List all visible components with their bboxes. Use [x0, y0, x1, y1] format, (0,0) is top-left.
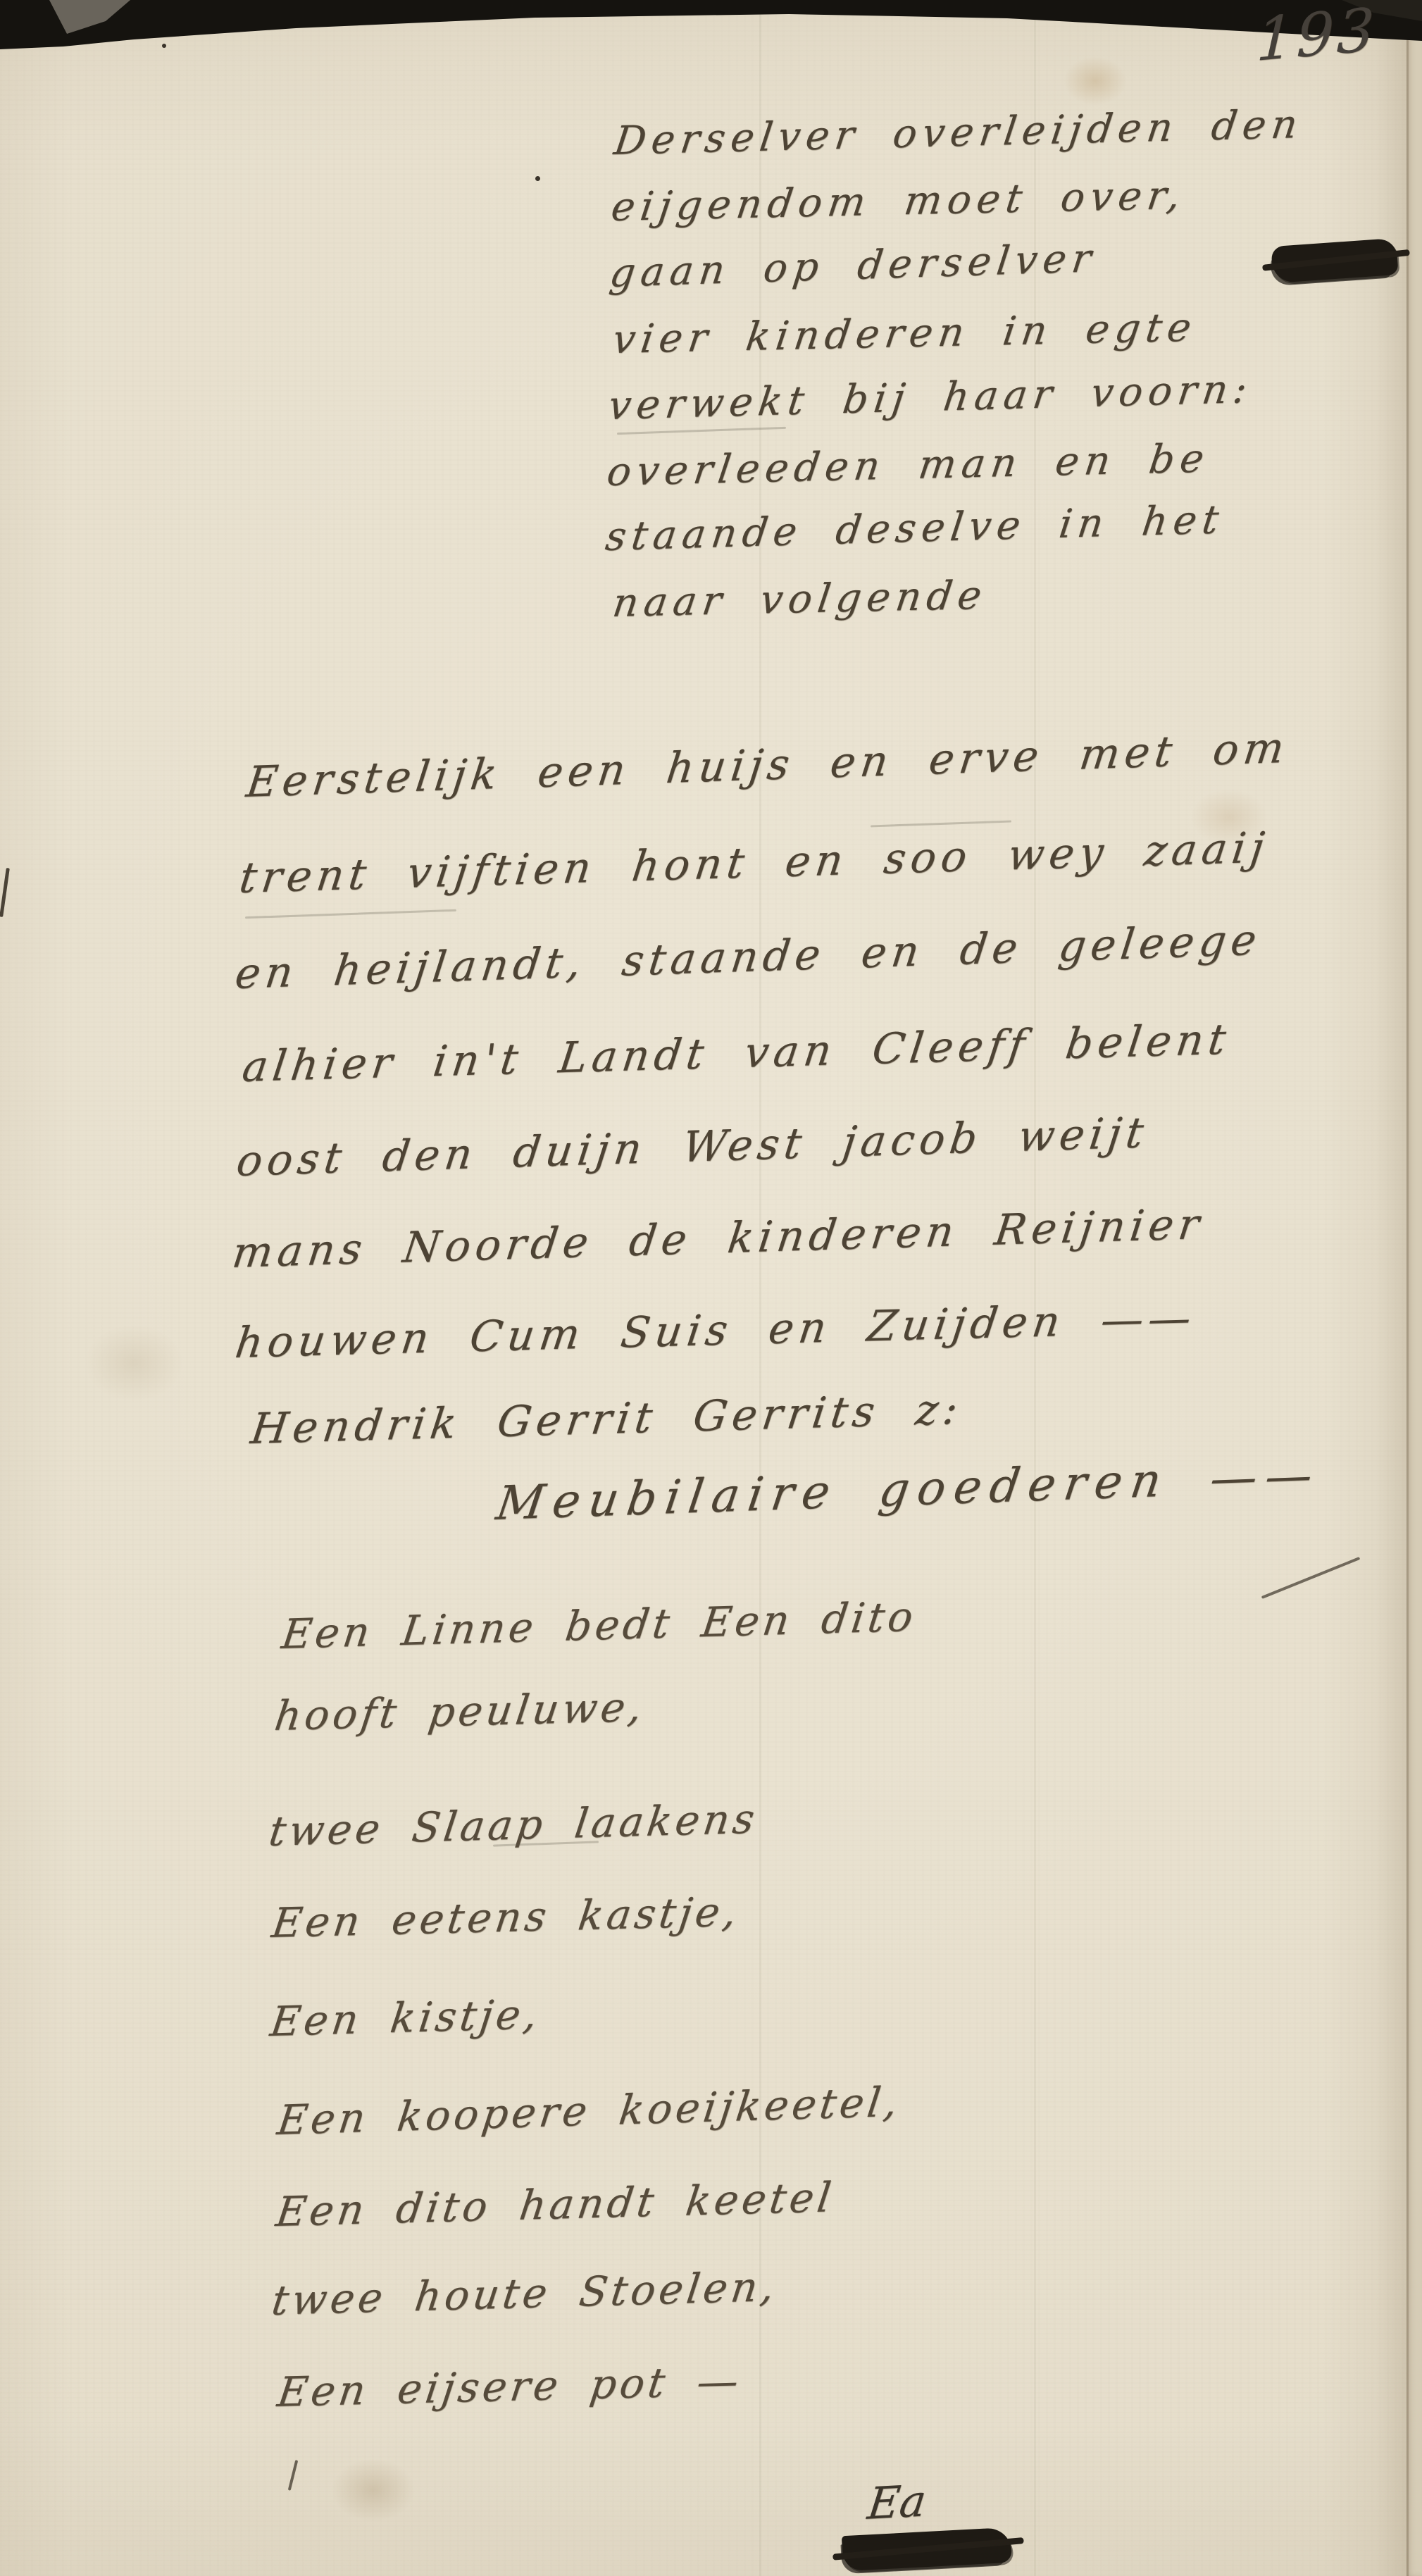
handwritten-line: Eerstelijk een huijs en erve met om [244, 723, 1292, 807]
handwritten-line: twee houte Stoelen, [269, 2263, 780, 2325]
pencil-guide-mark [871, 821, 1011, 828]
handwritten-line: oost den duijn West jacob weijt [234, 1108, 1151, 1186]
pen-mark [0, 868, 10, 917]
handwritten-line: vier kinderen in egte [610, 304, 1199, 363]
paper-stain [1064, 56, 1127, 106]
catchword: Ea [865, 2475, 929, 2530]
handwritten-line: twee Slaap laakens [266, 1795, 761, 1855]
handwritten-line: overleeden man en be [604, 435, 1212, 495]
handwritten-line: en heijlandt, staande en de geleege [232, 915, 1264, 999]
paper-stain [331, 2458, 416, 2522]
pen-mark [1261, 1557, 1361, 1599]
handwritten-line: naar volgende [610, 573, 990, 626]
paper-stain [1190, 789, 1268, 845]
handwritten-line: Een eetens kastje, [269, 1888, 743, 1947]
handwritten-line: staande deselve in het [603, 497, 1227, 560]
paper-stain [85, 1324, 183, 1402]
ink-speck [535, 176, 540, 181]
handwritten-line: Hendrik Gerrit Gerrits z: [248, 1385, 966, 1454]
handwritten-line: eijgendom moet over, [609, 173, 1189, 230]
handwritten-line: gaan op derselver [607, 235, 1099, 297]
scan-top-border [0, 0, 1422, 63]
handwritten-line: Een kistje, [268, 1990, 544, 2046]
handwritten-line: trent vijftien hont en soo wey zaaij [237, 823, 1272, 903]
handwritten-line: Een Linne bedt Een dito [279, 1593, 919, 1658]
page-number: 193 [1255, 0, 1378, 75]
handwritten-line: verwekt bij haar voorn: [606, 366, 1255, 429]
pen-mark [288, 2460, 299, 2491]
pencil-guide-mark [245, 909, 456, 919]
section-heading: Meubilaire goederen —— [493, 1448, 1324, 1531]
catchword-ink-blot [842, 2527, 1012, 2571]
page-edge-shadow [1376, 0, 1407, 2576]
page-edge [1407, 0, 1422, 2576]
handwritten-line: hooft peuluwe, [272, 1683, 648, 1740]
handwritten-line: mans Noorde de kinderen Reijnier [230, 1200, 1206, 1278]
handwritten-line: alhier in't Landt van Cleeff belent [239, 1015, 1233, 1092]
handwritten-line: houwen Cum Suis en Zuijden —— [232, 1293, 1199, 1368]
handwritten-line: Een koopere koeijkeetel, [275, 2077, 904, 2144]
handwritten-line: Een dito handt keetel [273, 2173, 837, 2236]
handwritten-line: Derselver overleijden den [611, 101, 1306, 164]
manuscript-page: 193 Derselver overleijden den eijgendom … [0, 0, 1422, 2576]
handwritten-line: Een eijsere pot — [275, 2357, 745, 2416]
ink-speck [162, 44, 166, 48]
